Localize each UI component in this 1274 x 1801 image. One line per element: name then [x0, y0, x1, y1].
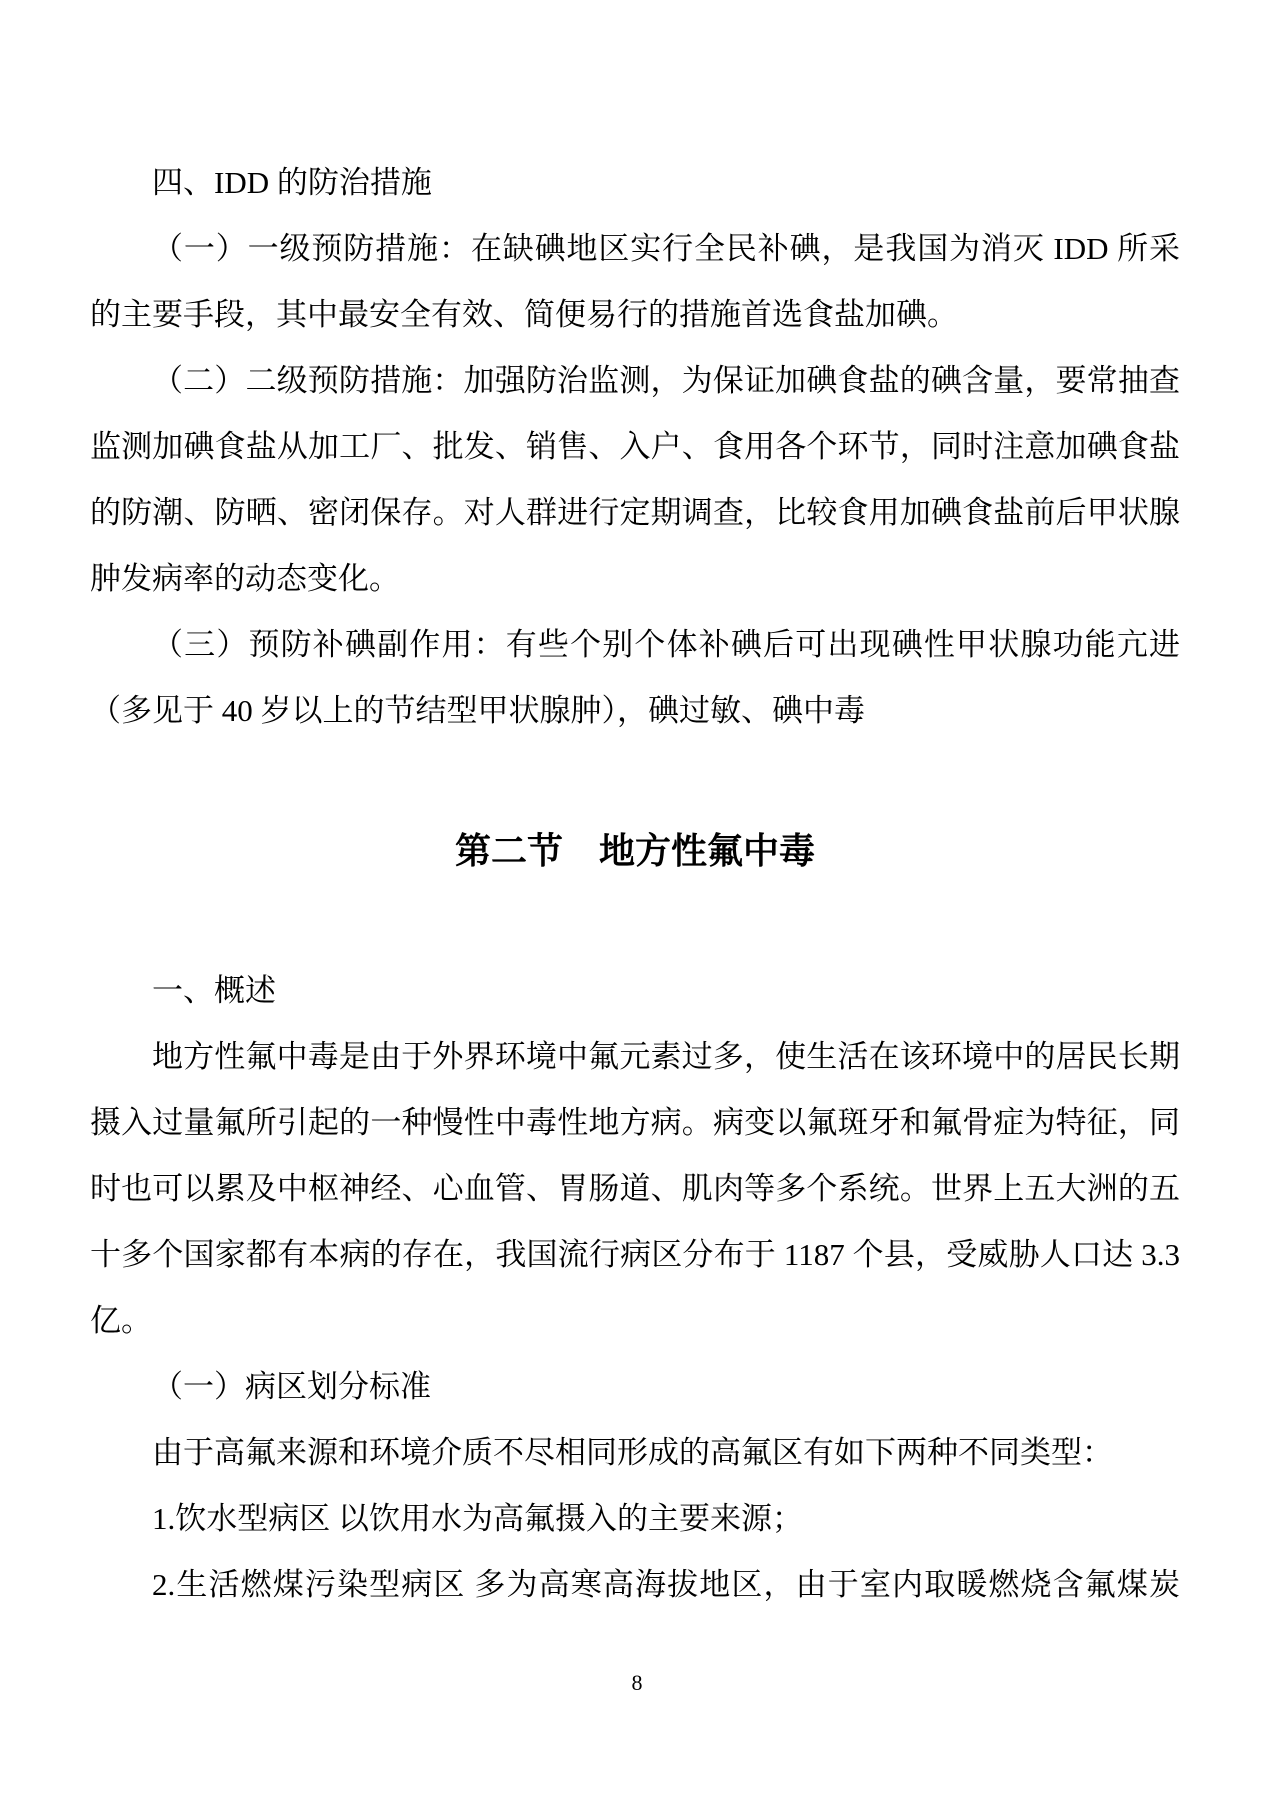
text-line: 监测加碘食盐从加工厂、批发、销售、入户、食用各个环节，同时注意加碘食盐 — [90, 414, 1180, 480]
text-line: 的主要手段，其中最安全有效、简便易行的措施首选食盐加碘。 — [90, 282, 1180, 348]
text-line: 1.饮水型病区 以饮用水为高氟摄入的主要来源； — [90, 1486, 1180, 1552]
text-line: （一）病区划分标准 — [90, 1354, 1180, 1420]
text-line: 摄入过量氟所引起的一种慢性中毒性地方病。病变以氟斑牙和氟骨症为特征，同 — [90, 1090, 1180, 1156]
text-line: 由于高氟来源和环境介质不尽相同形成的高氟区有如下两种不同类型： — [90, 1420, 1180, 1486]
text-line: （三）预防补碘副作用：有些个别个体补碘后可出现碘性甲状腺功能亢进 — [90, 612, 1180, 678]
text-line: （一）一级预防措施：在缺碘地区实行全民补碘，是我国为消灭 IDD 所采取 — [90, 216, 1180, 282]
page-number: 8 — [0, 1672, 1274, 1694]
text-line: 肿发病率的动态变化。 — [90, 546, 1180, 612]
text-line: 地方性氟中毒是由于外界环境中氟元素过多，使生活在该环境中的居民长期 — [90, 1024, 1180, 1090]
text-line: 2.生活燃煤污染型病区 多为高寒高海拔地区，由于室内取暖燃烧含氟煤炭 — [90, 1552, 1180, 1618]
text-line: 的防潮、防晒、密闭保存。对人群进行定期调查，比较食用加碘食盐前后甲状腺 — [90, 480, 1180, 546]
text-line: （二）二级预防措施：加强防治监测，为保证加碘食盐的碘含量，要常抽查 — [90, 348, 1180, 414]
text-line: 四、IDD 的防治措施 — [90, 150, 1180, 216]
text-line: 时也可以累及中枢神经、心血管、胃肠道、肌肉等多个系统。世界上五大洲的五 — [90, 1156, 1180, 1222]
text-line: 十多个国家都有本病的存在，我国流行病区分布于 1187 个县，受威胁人口达 3.… — [90, 1222, 1180, 1288]
section-heading: 第二节 地方性氟中毒 — [90, 818, 1180, 884]
text-line: （多见于 40 岁以上的节结型甲状腺肿），碘过敏、碘中毒 — [90, 678, 1180, 744]
text-line: 一、概述 — [90, 958, 1180, 1024]
document-page: 四、IDD 的防治措施 （一）一级预防措施：在缺碘地区实行全民补碘，是我国为消灭… — [0, 0, 1274, 1801]
text-line: 亿。 — [90, 1288, 1180, 1354]
page-content: 四、IDD 的防治措施 （一）一级预防措施：在缺碘地区实行全民补碘，是我国为消灭… — [90, 150, 1180, 1618]
